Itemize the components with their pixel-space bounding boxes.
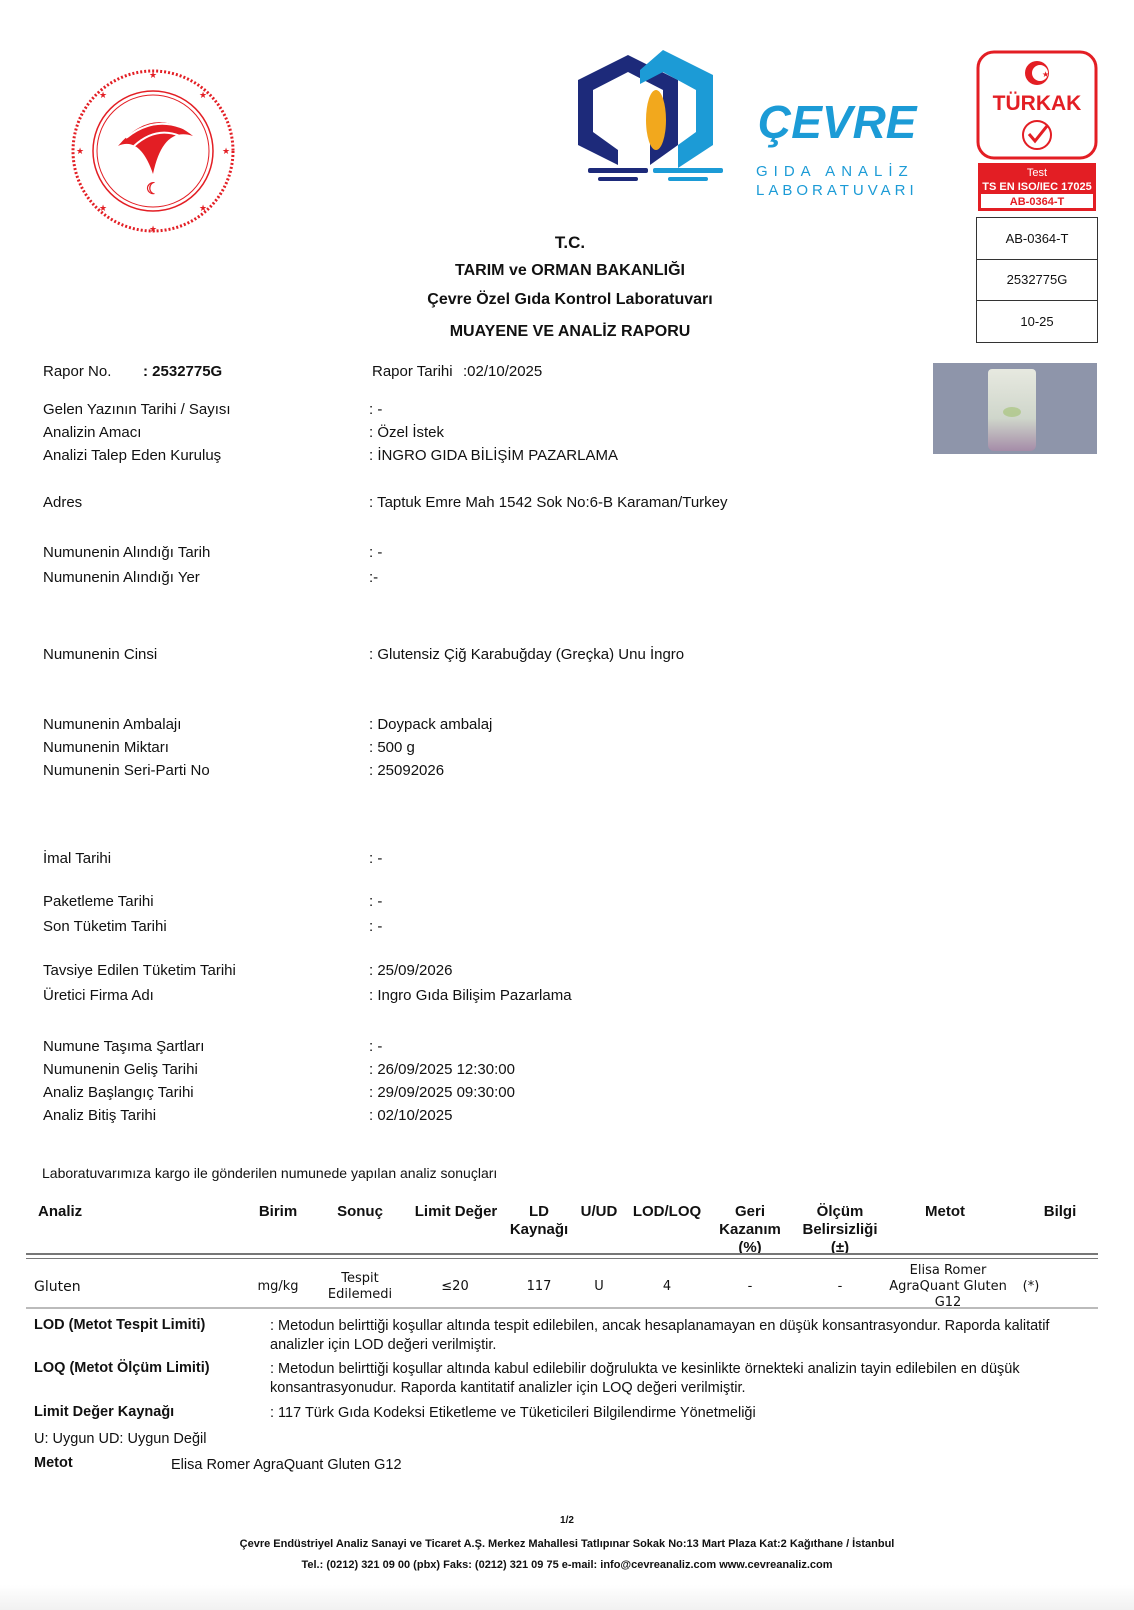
field-manufacture-date-label: İmal Tarihi (43, 850, 111, 867)
cell-limit: ≤20 (420, 1279, 490, 1295)
report-date-value: :02/10/2025 (463, 363, 542, 380)
note-lod-label: LOD (Metot Tespit Limiti) (34, 1317, 205, 1333)
field-sample-taken-date-label: Numunenin Alındığı Tarih (43, 544, 210, 561)
svg-text:Test: Test (1027, 167, 1047, 179)
accreditation-code-box: AB-0364-T (976, 217, 1098, 260)
header-lab-name: Çevre Özel Gıda Kontrol Laboratuvarı (370, 291, 770, 309)
col-birim: Birim (248, 1203, 308, 1221)
svg-text:★: ★ (199, 90, 207, 100)
svg-text:★: ★ (99, 203, 107, 213)
field-analysis-start-value: : 29/09/2025 09:30:00 (369, 1084, 515, 1101)
col-u-ud: U/UD (576, 1203, 622, 1221)
field-transport-conditions-label: Numune Taşıma Şartları (43, 1038, 204, 1055)
field-address-label: Adres (43, 494, 82, 511)
note-limit-source-label: Limit Değer Kaynağı (34, 1404, 174, 1420)
svg-text:★: ★ (99, 90, 107, 100)
cell-belirsizlik: - (792, 1279, 888, 1295)
field-analysis-end-value: : 02/10/2025 (369, 1107, 452, 1124)
table-header-divider (26, 1253, 1098, 1259)
header-tc: T.C. (470, 233, 670, 253)
field-requesting-org-label: Analizi Talep Eden Kuruluş (43, 447, 221, 464)
svg-text:TS EN ISO/IEC 17025: TS EN ISO/IEC 17025 (982, 181, 1091, 193)
cell-geri-kazanim: - (712, 1279, 788, 1295)
col-metot: Metot (905, 1203, 985, 1221)
field-analysis-start-label: Analiz Başlangıç Tarihi (43, 1084, 194, 1101)
field-address-value: : Taptuk Emre Mah 1542 Sok No:6-B Karama… (369, 494, 728, 511)
field-quantity-label: Numunenin Miktarı (43, 739, 169, 756)
svg-text:★: ★ (76, 146, 84, 156)
page-bottom-edge (0, 1585, 1134, 1610)
sample-product-photo (933, 363, 1097, 454)
field-packaging-date-value: : - (369, 893, 382, 910)
method-value: Elisa Romer AgraQuant Gluten G12 (171, 1457, 402, 1473)
col-geri-kazanim: Geri Kazanım (%) (712, 1203, 788, 1257)
svg-text:ÇEVRE: ÇEVRE (758, 96, 918, 148)
report-no-value: : 2532775G (143, 363, 222, 380)
report-no-label: Rapor No. (43, 363, 111, 380)
col-lod-loq: LOD/LOQ (626, 1203, 708, 1221)
field-purpose-value: : Özel İstek (369, 424, 444, 441)
field-arrival-date-label: Numunenin Geliş Tarihi (43, 1061, 198, 1078)
svg-text:★: ★ (222, 146, 230, 156)
note-limit-source-text: : 117 Türk Gıda Kodeksi Etiketleme ve Tü… (270, 1404, 1090, 1423)
page-title: MUAYENE VE ANALİZ RAPORU (370, 323, 770, 341)
field-incoming-letter-label: Gelen Yazının Tarihi / Sayısı (43, 401, 231, 418)
svg-text:TÜRKAK: TÜRKAK (993, 92, 1082, 115)
svg-text:★: ★ (1042, 70, 1049, 79)
field-sample-type-label: Numunenin Cinsi (43, 646, 157, 663)
field-sample-taken-place-label: Numunenin Alındığı Yer (43, 569, 200, 586)
cell-bilgi: (*) (1016, 1279, 1046, 1295)
col-analiz: Analiz (38, 1203, 82, 1221)
col-sonuc: Sonuç (325, 1203, 395, 1221)
field-expiry-date-value: : - (369, 918, 382, 935)
col-ld-kaynagi: LD Kaynağı (508, 1203, 570, 1239)
ministry-seal-logo: ★ ★ ★ ★ ★ ★ ★ ★ ☾ (68, 66, 238, 236)
svg-text:★: ★ (149, 70, 157, 80)
field-analysis-end-label: Analiz Bitiş Tarihi (43, 1107, 156, 1124)
cell-ld-kaynagi: 117 (508, 1279, 570, 1295)
svg-text:★: ★ (149, 224, 157, 234)
field-arrival-date-value: : 26/09/2025 12:30:00 (369, 1061, 515, 1078)
footer-address: Çevre Endüstriyel Analiz Sanayi ve Ticar… (0, 1538, 1134, 1550)
col-bilgi: Bilgi (1035, 1203, 1085, 1221)
cell-metot: Elisa Romer AgraQuant Gluten G12 (880, 1263, 1016, 1311)
field-quantity-value: : 500 g (369, 739, 415, 756)
turkak-accreditation-badge: ★ TÜRKAK Test TS EN ISO/IEC 17025 AB-036… (976, 50, 1098, 213)
legend-u-ud: U: Uygun UD: Uygun Değil (34, 1431, 206, 1447)
field-sample-taken-place-value: :- (369, 569, 378, 586)
field-packaging-date-label: Paketleme Tarihi (43, 893, 154, 910)
col-limit: Limit Değer (406, 1203, 506, 1221)
field-batch-no-value: : 25092026 (369, 762, 444, 779)
note-lod-text: : Metodun belirttiği koşullar altında te… (270, 1317, 1090, 1355)
field-packaging-label: Numunenin Ambalajı (43, 716, 181, 733)
results-intro: Laboratuvarımıza kargo ile gönderilen nu… (42, 1165, 497, 1181)
field-manufacture-date-value: : - (369, 850, 382, 867)
cell-analiz: Gluten (34, 1279, 81, 1295)
report-date-label: Rapor Tarihi (372, 363, 453, 380)
footer-contact: Tel.: (0212) 321 09 00 (pbx) Faks: (0212… (0, 1559, 1134, 1571)
field-recommended-use-date-label: Tavsiye Edilen Tüketim Tarihi (43, 962, 236, 979)
field-expiry-date-label: Son Tüketim Tarihi (43, 918, 167, 935)
cell-lod-loq: 4 (626, 1279, 708, 1295)
field-manufacturer-label: Üretici Firma Adı (43, 987, 154, 1004)
field-batch-no-label: Numunenin Seri-Parti No (43, 762, 210, 779)
page-number: 1/2 (0, 1515, 1134, 1526)
field-purpose-label: Analizin Amacı (43, 424, 141, 441)
cell-birim: mg/kg (248, 1279, 308, 1295)
field-sample-type-value: : Glutensiz Çiğ Karabuğday (Greçka) Unu … (369, 646, 684, 663)
table-bottom-divider (26, 1307, 1098, 1309)
field-incoming-letter-value: : - (369, 401, 382, 418)
col-olcum-belirsizligi: Ölçüm Belirsizliği (±) (792, 1203, 888, 1257)
cevre-lab-logo: ÇEVRE GIDA ANALİZ LABORATUVARI (578, 50, 958, 200)
report-number-box: 2532775G (976, 259, 1098, 301)
svg-text:AB-0364-T: AB-0364-T (1010, 196, 1065, 208)
svg-text:☾: ☾ (146, 181, 160, 198)
field-sample-taken-date-value: : - (369, 544, 382, 561)
svg-text:★: ★ (199, 203, 207, 213)
note-loq-text: : Metodun belirttiği koşullar altında ka… (270, 1360, 1090, 1398)
svg-text:LABORATUVARI: LABORATUVARI (756, 182, 918, 199)
field-transport-conditions-value: : - (369, 1038, 382, 1055)
svg-text:GIDA ANALİZ: GIDA ANALİZ (756, 162, 914, 180)
method-label: Metot (34, 1455, 73, 1471)
note-loq-label: LOQ (Metot Ölçüm Limiti) (34, 1360, 210, 1376)
field-manufacturer-value: : Ingro Gıda Bilişim Pazarlama (369, 987, 572, 1004)
field-requesting-org-value: : İNGRO GIDA BİLİŞİM PAZARLAMA (369, 447, 618, 464)
field-packaging-value: : Doypack ambalaj (369, 716, 492, 733)
cell-u-ud: U (576, 1279, 622, 1295)
header-ministry: TARIM ve ORMAN BAKANLIĞI (370, 262, 770, 280)
field-recommended-use-date-value: : 25/09/2026 (369, 962, 452, 979)
cell-sonuc: Tespit Edilemedi (325, 1271, 395, 1303)
revision-box: 10-25 (976, 301, 1098, 343)
